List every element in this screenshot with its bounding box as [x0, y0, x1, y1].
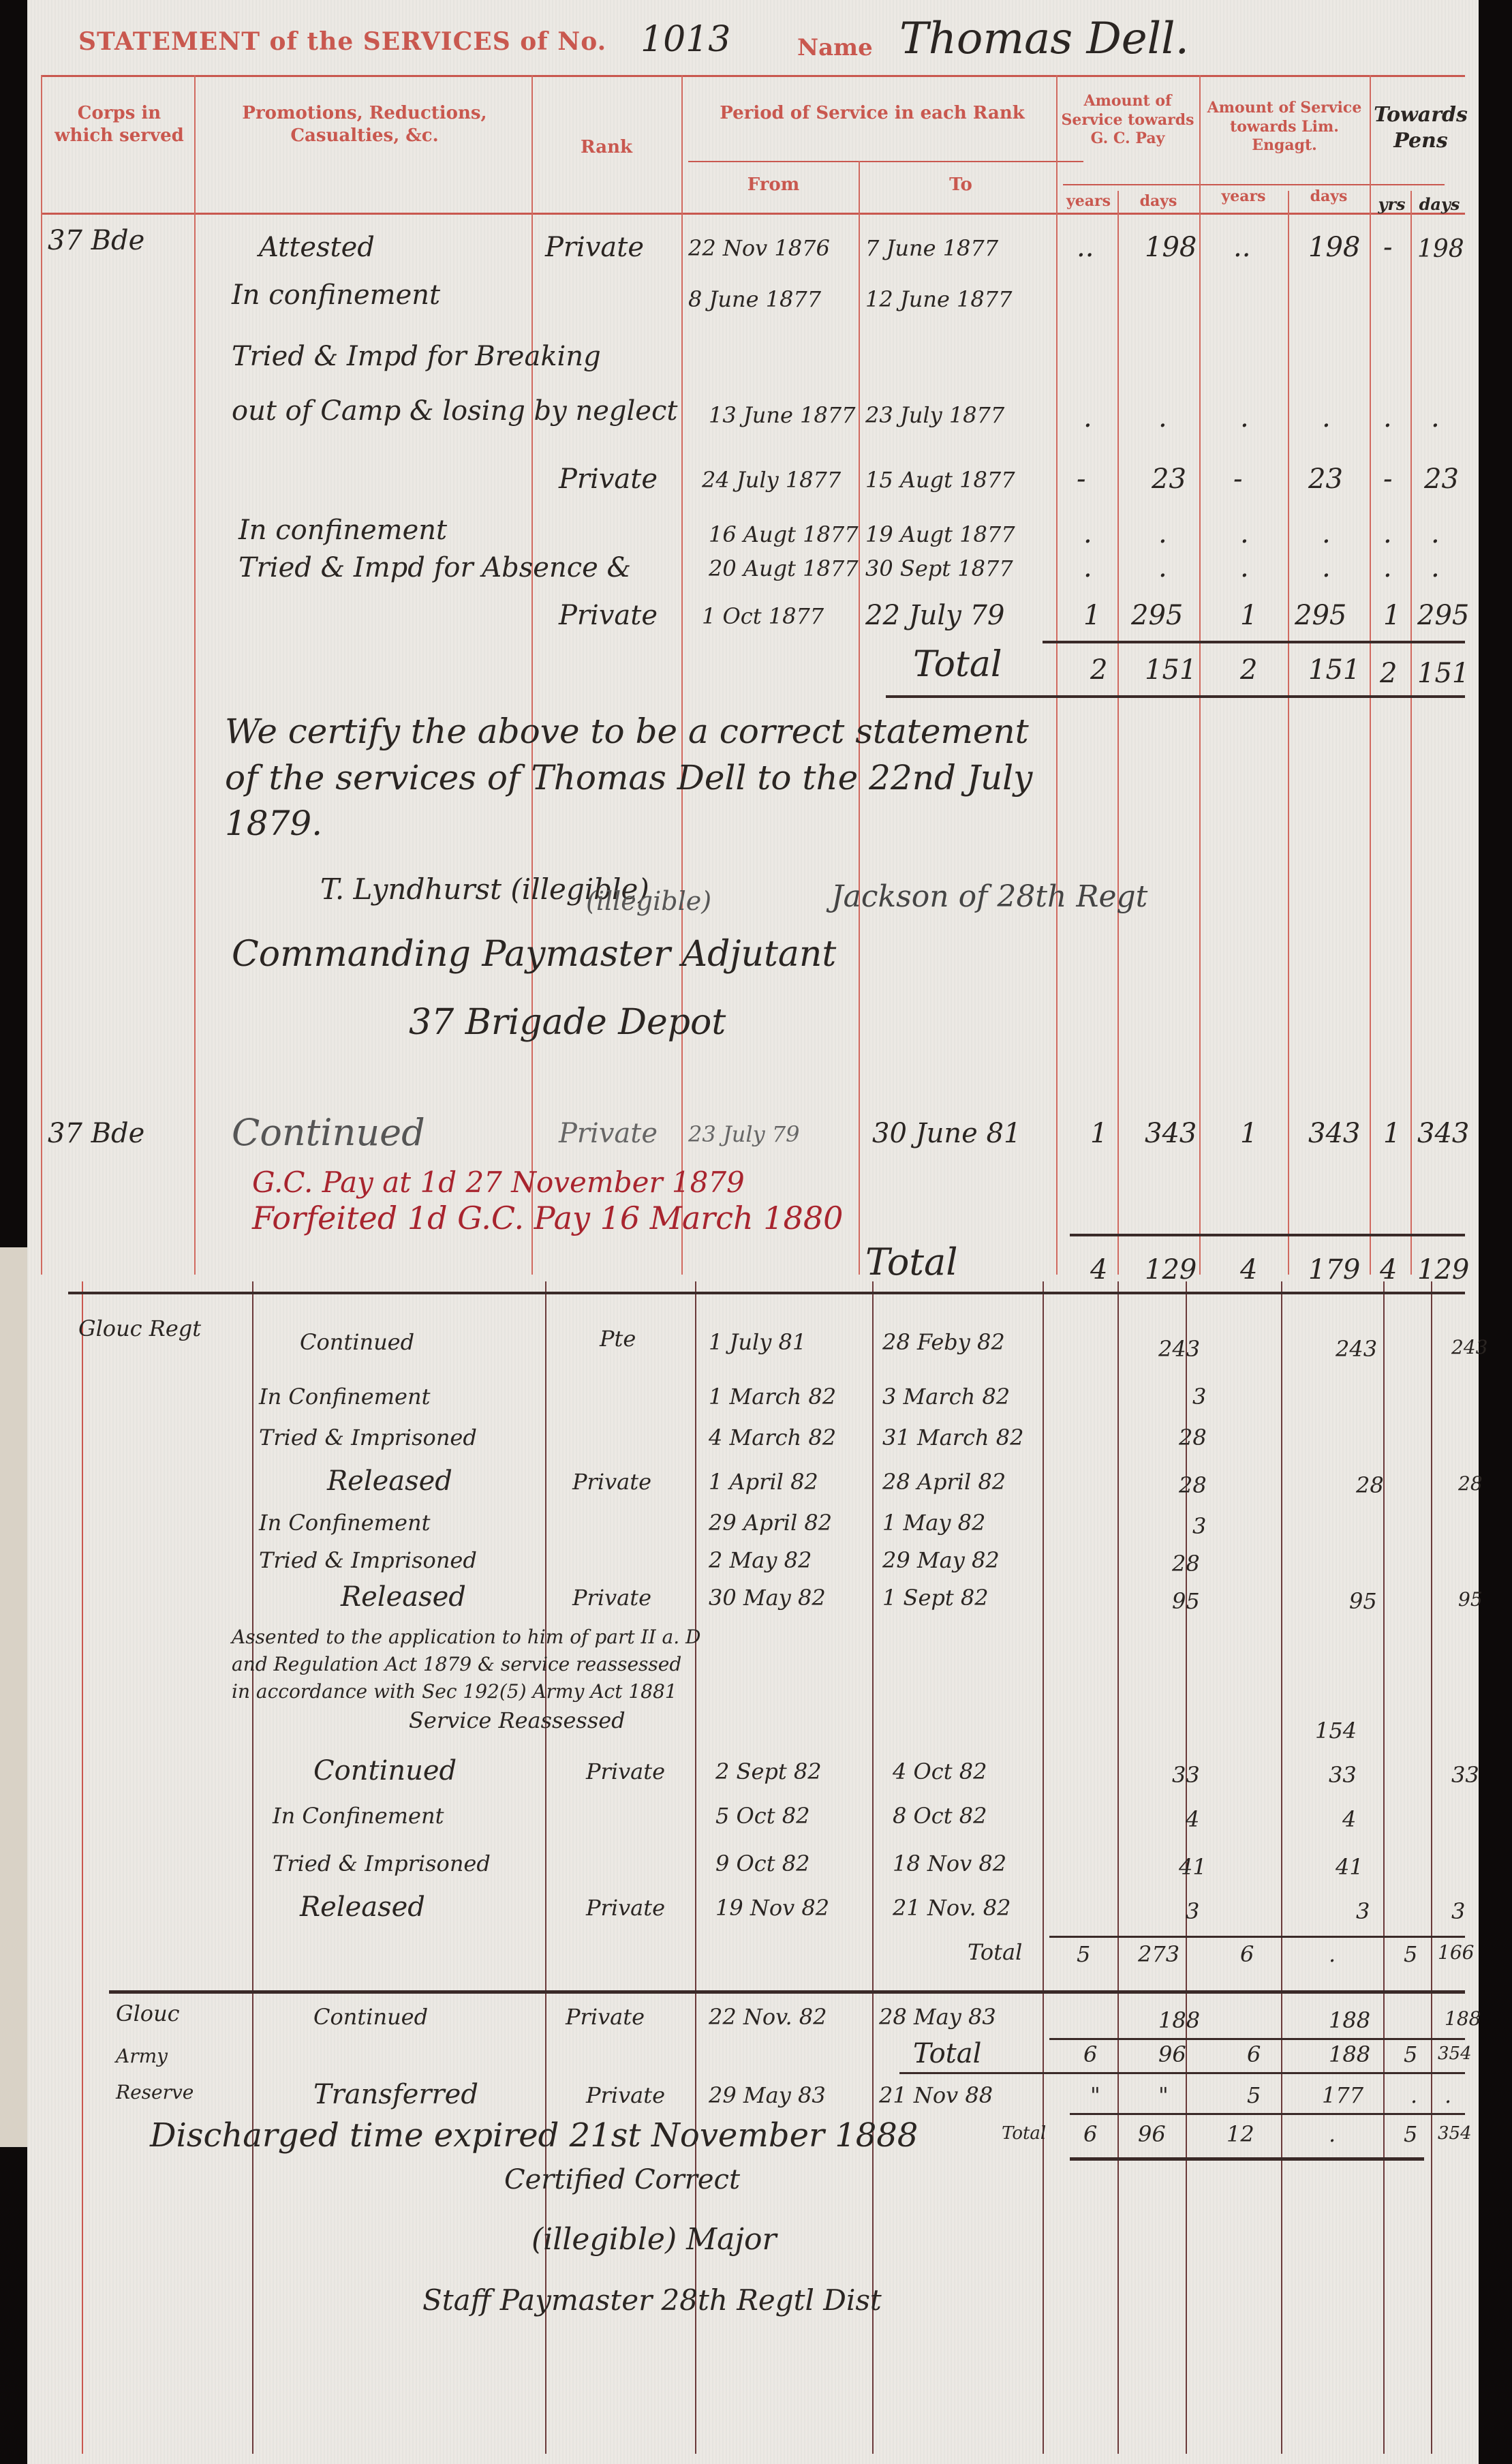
s1-r0-rank: Private — [545, 232, 644, 263]
s1-r5-le-days: . — [1322, 518, 1331, 549]
s4-r1-event: Transferred — [313, 2079, 478, 2110]
s1-r0-p-days: 198 — [1417, 235, 1464, 263]
s1-r0-event: Attested — [259, 232, 375, 263]
s4-total-gc-years: 6 — [1083, 2041, 1097, 2067]
s3-r2-gc-days: 28 — [1179, 1425, 1207, 1450]
s1-total-gc-years: 2 — [1090, 654, 1107, 686]
s3-r6-event: Released — [341, 1581, 466, 1613]
s4-total-le-years: 6 — [1247, 2041, 1261, 2067]
s4-total-le-days: 188 — [1329, 2041, 1370, 2067]
s1-r3-le-years: . — [1240, 402, 1249, 434]
s4-r1-from: 29 May 83 — [709, 2082, 826, 2108]
col-line-10 — [1410, 191, 1412, 1275]
s1-r6-p-years: . — [1383, 552, 1392, 583]
s1-r3-gc-years: . — [1083, 402, 1092, 434]
s1-total-p-years: 2 — [1380, 658, 1397, 689]
s1-corps: 37 Bde — [48, 225, 144, 256]
s3-r5-from: 2 May 82 — [709, 1547, 812, 1573]
s3-total-le-years: 6 — [1240, 1941, 1254, 1967]
s1-r1-to: 12 June 1877 — [865, 286, 1012, 312]
s3-r10-from: 19 Nov 82 — [715, 1895, 829, 1921]
s3-r4-to: 1 May 82 — [882, 1510, 985, 1536]
s1-r4-rank: Private — [559, 463, 658, 495]
s1-r5-to: 19 Augt 1877 — [865, 521, 1015, 547]
col-line-1 — [194, 75, 196, 1275]
amount-subheader-rule — [1063, 184, 1445, 185]
s3-r10-p-days: 3 — [1451, 1898, 1465, 1924]
s2-total-gc-years: 4 — [1090, 1254, 1107, 1286]
s3-note-line-2: and Regulation Act 1879 & service reasse… — [232, 1653, 681, 1675]
s4-final-total-gc-years: 6 — [1083, 2121, 1097, 2147]
s3-total-p-days: 166 — [1438, 1941, 1474, 1964]
s3-r3-le-days: 28 — [1356, 1472, 1384, 1498]
s3-note-line-3: in accordance with Sec 192(5) Army Act 1… — [232, 1680, 677, 1703]
s4-final-total-rule-bottom — [1070, 2157, 1424, 2161]
s3-total-le-days: . — [1329, 1941, 1336, 1967]
col-header-corps: Corps in which served — [48, 102, 191, 147]
s1-r3-to: 23 July 1877 — [865, 402, 1004, 428]
col-line-l4 — [872, 1281, 874, 2454]
s1-r5-from: 16 Augt 1877 — [709, 521, 859, 547]
col-header-period: Period of Service in each Rank — [688, 102, 1056, 125]
s1-r6-gc-days: . — [1158, 552, 1167, 583]
s2-red-note-gc-pay: G.C. Pay at 1d 27 November 1879 — [252, 1166, 745, 1199]
s1-r4-gc-years: - — [1077, 463, 1086, 495]
s2-event: Continued — [232, 1111, 425, 1154]
col-line-5 — [1056, 75, 1058, 1275]
col-line-l0 — [82, 1281, 83, 2454]
s3-total-gc-days: 273 — [1138, 1941, 1179, 1967]
s3-r8-from: 5 Oct 82 — [715, 1803, 809, 1829]
s1-r7-p-years: 1 — [1383, 600, 1400, 631]
s4-r0-from: 22 Nov. 82 — [709, 2004, 827, 2030]
s3-total-p-years: 5 — [1404, 1941, 1417, 1967]
soldier-name: Thomas Dell. — [899, 14, 1189, 64]
s3-corps: Glouc Regt — [78, 1315, 201, 1341]
col-line-3 — [681, 75, 683, 1275]
col-line-7 — [1199, 75, 1201, 1275]
s1-r6-event: Tried & Impd for Absence & — [238, 552, 631, 583]
s4-certified: Certified Correct — [504, 2164, 740, 2195]
s2-gc-years: 1 — [1090, 1118, 1107, 1149]
s4-r1-p-days: . — [1445, 2082, 1451, 2108]
s3-r2-to: 31 March 82 — [882, 1425, 1023, 1450]
s1-r1-from: 8 June 1877 — [688, 286, 821, 312]
s1-r2-event: Tried & Impd for Breaking — [232, 341, 601, 372]
s1-r5-event: In confinement — [238, 515, 447, 546]
s1-r7-le-days: 295 — [1295, 600, 1346, 631]
col-line-l10 — [1431, 1281, 1432, 2454]
s3-r6-le-days: 95 — [1349, 1588, 1377, 1614]
s4-discharge: Discharged time expired 21st November 18… — [150, 2116, 918, 2155]
s3-r4-event: In Confinement — [259, 1510, 430, 1536]
s1-r7-gc-years: 1 — [1083, 600, 1100, 631]
s3-r2-from: 4 March 82 — [709, 1425, 836, 1450]
s2-red-note-forfeited: Forfeited 1d G.C. Pay 16 March 1880 — [252, 1200, 843, 1236]
s3-r4-gc-days: 3 — [1192, 1513, 1206, 1539]
s3-r3-from: 1 April 82 — [709, 1469, 818, 1495]
s1-r4-from: 24 July 1877 — [702, 467, 841, 493]
s1-r7-p-days: 295 — [1417, 600, 1469, 631]
s3-total-rule-top — [1049, 1936, 1465, 1938]
s1-r3-p-days: . — [1431, 402, 1440, 434]
s1-r7-rank: Private — [559, 600, 658, 631]
s1-total-p-days: 151 — [1417, 658, 1469, 689]
s1-r5-gc-days: . — [1158, 518, 1167, 549]
header-bottom-rule — [41, 213, 1465, 215]
s1-r6-to: 30 Sept 1877 — [865, 556, 1013, 581]
service-record-page: STATEMENT of the SERVICES of No. 1013 Na… — [27, 0, 1479, 2464]
s4-corps-glouc: Glouc — [116, 2001, 180, 2026]
s1-r3-le-days: . — [1322, 402, 1331, 434]
s3-r2-event: Tried & Imprisoned — [259, 1425, 477, 1450]
s3-r5-event: Tried & Imprisoned — [259, 1547, 477, 1573]
period-subheader-rule — [688, 161, 1083, 162]
s3-r3-to: 28 April 82 — [882, 1469, 1006, 1495]
col-header-promotions: Promotions, Reductions, Casualties, &c. — [211, 102, 518, 147]
s1-r7-le-years: 1 — [1240, 600, 1257, 631]
col-header-p-years: yrs — [1373, 194, 1410, 215]
s3-r0-le-days: 243 — [1336, 1336, 1377, 1362]
s1-r6-gc-years: . — [1083, 552, 1092, 583]
s3-r7-rank: Private — [586, 1759, 665, 1784]
col-line-l9 — [1383, 1281, 1385, 2454]
s1-certification: We certify the above to be a correct sta… — [225, 709, 1043, 847]
s1-r7-from: 1 Oct 1877 — [702, 603, 824, 629]
s1-r3-gc-days: . — [1158, 402, 1167, 434]
s4-final-total-p-years: 5 — [1404, 2121, 1417, 2147]
s1-r0-p-years: - — [1383, 232, 1393, 263]
s3-r10-event: Released — [300, 1891, 425, 1923]
s1-total-le-years: 2 — [1240, 654, 1257, 686]
s4-r1-p-years: . — [1410, 2082, 1417, 2108]
s1-r0-gc-days: 198 — [1145, 232, 1197, 263]
s1-r4-gc-days: 23 — [1152, 463, 1186, 495]
s1-r6-le-days: . — [1322, 552, 1331, 583]
s1-r4-p-years: - — [1383, 463, 1393, 495]
s3-r7-event: Continued — [313, 1755, 457, 1786]
s2-total-rule-bottom — [68, 1292, 1465, 1294]
s3-r7-le-days: 33 — [1329, 1762, 1357, 1788]
s3-r9-event: Tried & Imprisoned — [273, 1851, 491, 1876]
s2-from: 23 July 79 — [688, 1121, 800, 1147]
s4-r1-le-years: 5 — [1247, 2082, 1261, 2108]
s2-le-days: 343 — [1308, 1118, 1360, 1149]
col-header-le-years: years — [1203, 187, 1284, 207]
s1-signature-adjutant: Jackson of 28th Regt — [831, 879, 1147, 914]
s3-r5-gc-days: 28 — [1172, 1551, 1200, 1577]
s1-r5-p-days: . — [1431, 518, 1440, 549]
s3-r0-gc-days: 243 — [1158, 1336, 1200, 1362]
s3-total-rule-bottom — [109, 1990, 1465, 1994]
s1-r3-p-years: . — [1383, 402, 1392, 434]
col-line-0 — [41, 75, 42, 1275]
s4-total-rule-bottom — [899, 2072, 1465, 2074]
col-header-le-days: days — [1291, 187, 1366, 207]
s1-r0-to: 7 June 1877 — [865, 235, 998, 261]
col-header-p-days: days — [1414, 194, 1465, 215]
s4-total-p-years: 5 — [1404, 2041, 1417, 2067]
s1-r0-le-years: .. — [1233, 232, 1250, 263]
s3-total-label: Total — [968, 1939, 1022, 1965]
s3-r6-from: 30 May 82 — [709, 1585, 826, 1611]
s4-r0-to: 28 May 83 — [879, 2004, 996, 2030]
col-line-8 — [1288, 191, 1289, 1275]
s3-r3-p-days: 28 — [1458, 1472, 1483, 1495]
col-line-l6 — [1117, 1281, 1119, 2454]
s1-r5-p-years: . — [1383, 518, 1392, 549]
s1-total-gc-days: 151 — [1145, 654, 1197, 686]
s3-r6-to: 1 Sept 82 — [882, 1585, 989, 1611]
s3-r3-rank: Private — [572, 1469, 651, 1495]
s4-final-total-p-days: 354 — [1438, 2123, 1472, 2144]
header-top-rule — [41, 75, 1465, 77]
s3-r0-rank: Pte — [600, 1326, 636, 1352]
s4-signature: (illegible) Major — [531, 2222, 777, 2257]
s4-final-total-label: Total — [1002, 2123, 1046, 2144]
s3-r0-event: Continued — [300, 1329, 414, 1355]
s1-signature-paymaster: (illegible) — [586, 886, 711, 916]
s3-r4-from: 29 April 82 — [709, 1510, 832, 1536]
s2-p-days: 343 — [1417, 1118, 1469, 1149]
s2-total-p-years: 4 — [1380, 1254, 1397, 1286]
s3-r0-from: 1 July 81 — [709, 1329, 806, 1355]
col-line-l5 — [1043, 1281, 1044, 2454]
s2-rank: Private — [559, 1118, 658, 1149]
s4-signature-title: Staff Paymaster 28th Regtl Dist — [422, 2283, 882, 2317]
s3-reassessed-le-days: 154 — [1315, 1718, 1357, 1744]
s3-r6-gc-days: 95 — [1172, 1588, 1200, 1614]
s3-r10-gc-days: 3 — [1186, 1898, 1199, 1924]
s3-r8-gc-days: 4 — [1186, 1806, 1199, 1832]
s4-final-total-rule-top — [1070, 2113, 1465, 2115]
s1-r5-le-years: . — [1240, 518, 1249, 549]
s1-r3-from: 13 June 1877 — [709, 402, 855, 428]
s3-r8-to: 8 Oct 82 — [893, 1803, 987, 1829]
s1-r3-event: out of Camp & losing by neglect — [232, 395, 677, 427]
s3-r7-p-days: 33 — [1451, 1762, 1479, 1788]
s3-r1-to: 3 March 82 — [882, 1384, 1010, 1410]
s1-total-rule-top — [1043, 641, 1465, 643]
s1-r1-event: In confinement — [232, 279, 440, 311]
s4-total-gc-days: 96 — [1158, 2041, 1186, 2067]
col-line-9 — [1370, 75, 1371, 1275]
s1-r6-from: 20 Augt 1877 — [709, 556, 859, 581]
s1-total-rule-bottom — [886, 695, 1465, 698]
s1-unit: 37 Brigade Depot — [409, 1002, 726, 1043]
s3-r6-rank: Private — [572, 1585, 651, 1611]
s3-r10-to: 21 Nov. 82 — [893, 1895, 1011, 1921]
col-header-gc-days: days — [1121, 192, 1196, 211]
s2-total-le-days: 179 — [1308, 1254, 1360, 1286]
s4-r0-rank: Private — [566, 2004, 645, 2030]
s4-r0-p-days: 188 — [1445, 2007, 1481, 2030]
s3-r1-gc-days: 3 — [1192, 1384, 1206, 1410]
s3-r0-to: 28 Feby 82 — [882, 1329, 1005, 1355]
s3-r0-p-days: 243 — [1451, 1336, 1487, 1358]
col-header-gc-years: years — [1060, 192, 1117, 211]
s1-r0-from: 22 Nov 1876 — [688, 235, 830, 261]
col-line-l3 — [695, 1281, 696, 2454]
s4-r0-le-days: 188 — [1329, 2007, 1370, 2033]
col-header-gc-pay: Amount of Service towards G. C. Pay — [1060, 92, 1196, 149]
col-line-l1 — [252, 1281, 253, 2454]
s4-total-label: Total — [913, 2038, 981, 2069]
s2-corps: 37 Bde — [48, 1118, 144, 1149]
s3-r5-to: 29 May 82 — [882, 1547, 1000, 1573]
s2-total-p-days: 129 — [1417, 1254, 1469, 1286]
s1-r4-le-years: - — [1233, 463, 1243, 495]
s2-total-le-years: 4 — [1240, 1254, 1257, 1286]
s4-total-p-days: 354 — [1438, 2043, 1472, 2064]
s4-final-total-gc-days: 96 — [1138, 2121, 1166, 2147]
s3-r10-le-days: 3 — [1356, 1898, 1370, 1924]
s4-final-total-le-years: 12 — [1226, 2121, 1254, 2147]
col-header-from: From — [688, 174, 859, 196]
s3-r1-event: In Confinement — [259, 1384, 430, 1410]
name-label: Name — [797, 34, 873, 61]
s2-total-rule-top — [1070, 1234, 1465, 1236]
s3-r1-from: 1 March 82 — [709, 1384, 836, 1410]
s2-to: 30 June 81 — [872, 1118, 1021, 1149]
s3-r3-gc-days: 28 — [1179, 1472, 1207, 1498]
s4-r0-event: Continued — [313, 2004, 428, 2030]
col-header-pension: Towards Pens — [1373, 102, 1468, 153]
s4-r1-le-days: 177 — [1322, 2082, 1363, 2108]
s2-total-gc-days: 129 — [1145, 1254, 1197, 1286]
s4-r1-gc-years: " — [1090, 2082, 1100, 2108]
s1-total-le-days: 151 — [1308, 654, 1360, 686]
s3-r7-gc-days: 33 — [1172, 1762, 1200, 1788]
s3-service-reassessed: Service Reassessed — [409, 1707, 626, 1733]
s1-r0-gc-years: .. — [1077, 232, 1094, 263]
s1-r6-p-days: . — [1431, 552, 1440, 583]
s4-corps-army-reserve: Army Reserve — [116, 2038, 198, 2110]
s4-r0-gc-days: 188 — [1158, 2007, 1200, 2033]
s2-total-label: Total — [865, 1241, 958, 1283]
s3-r7-to: 4 Oct 82 — [893, 1759, 987, 1784]
s3-r3-event: Released — [327, 1465, 452, 1497]
s1-total-label: Total — [913, 644, 1002, 685]
s3-r9-gc-days: 41 — [1179, 1854, 1207, 1880]
s3-r6-p-days: 95 — [1458, 1588, 1483, 1611]
s3-r7-from: 2 Sept 82 — [715, 1759, 822, 1784]
s1-signature-titles: Commanding Paymaster Adjutant — [232, 934, 836, 975]
col-line-2 — [531, 75, 533, 1275]
s4-final-total-le-days: . — [1329, 2121, 1336, 2147]
s2-le-years: 1 — [1240, 1118, 1257, 1149]
s2-gc-days: 343 — [1145, 1118, 1197, 1149]
s3-total-gc-years: 5 — [1077, 1941, 1090, 1967]
s4-r1-rank: Private — [586, 2082, 665, 2108]
s1-r4-to: 15 Augt 1877 — [865, 467, 1015, 493]
s1-r5-gc-years: . — [1083, 518, 1092, 549]
s1-r0-le-days: 198 — [1308, 232, 1360, 263]
s2-p-years: 1 — [1383, 1118, 1400, 1149]
s3-r8-event: In Confinement — [273, 1803, 444, 1829]
s3-r10-rank: Private — [586, 1895, 665, 1921]
col-line-6 — [1117, 191, 1119, 1275]
service-number: 1013 — [641, 19, 730, 60]
col-header-lim-engagement: Amount of Service towards Lim. Engagt. — [1203, 99, 1366, 155]
s4-total-rule-top — [1049, 2038, 1465, 2040]
s1-r7-gc-days: 295 — [1131, 600, 1183, 631]
s1-r7-to: 22 July 79 — [865, 600, 1004, 631]
col-line-l2 — [545, 1281, 546, 2454]
col-header-to: To — [865, 174, 1056, 196]
s4-r1-gc-days: " — [1158, 2082, 1169, 2108]
col-header-rank: Rank — [538, 136, 675, 159]
col-line-l8 — [1281, 1281, 1282, 2454]
s3-r9-from: 9 Oct 82 — [715, 1851, 809, 1876]
s3-note-line-1: Assented to the application to him of pa… — [232, 1626, 701, 1648]
s3-r9-to: 18 Nov 82 — [893, 1851, 1006, 1876]
s1-r4-le-days: 23 — [1308, 463, 1343, 495]
s3-r9-le-days: 41 — [1336, 1854, 1363, 1880]
s1-r4-p-days: 23 — [1424, 463, 1459, 495]
s4-r1-to: 21 Nov 88 — [879, 2082, 993, 2108]
s3-r8-le-days: 4 — [1342, 1806, 1356, 1832]
s1-r6-le-years: . — [1240, 552, 1249, 583]
document-title: STATEMENT of the SERVICES of No. — [78, 27, 606, 56]
